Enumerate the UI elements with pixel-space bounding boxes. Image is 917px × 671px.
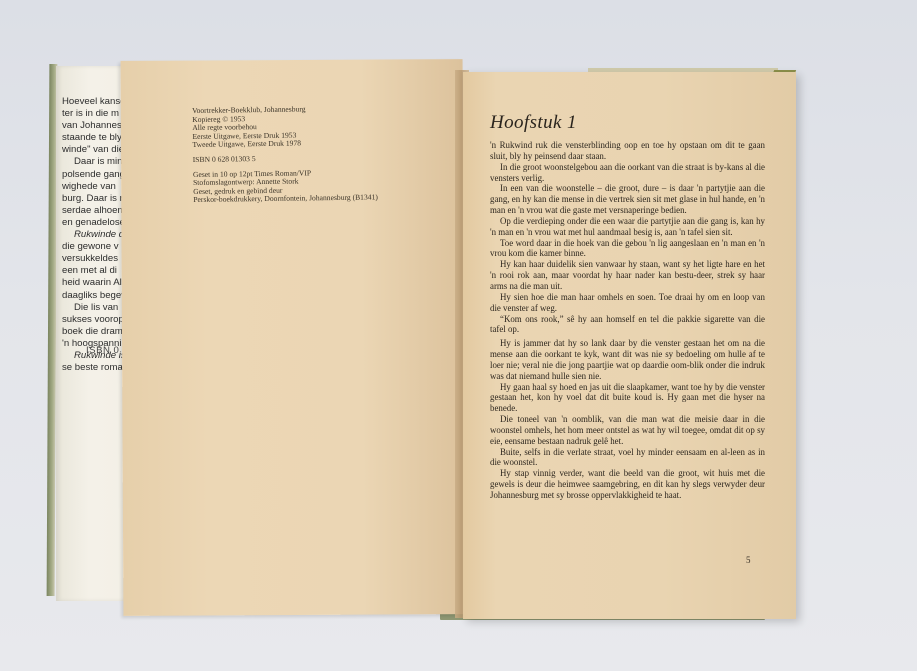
paragraph: Buite, selfs in die verlate straat, voel… xyxy=(490,447,765,469)
paragraph: Die toneel van 'n oomblik, van die man w… xyxy=(490,414,765,447)
page-number: 5 xyxy=(746,555,751,565)
chapter-body: 'n Rukwind ruk die vensterblinding oop e… xyxy=(490,140,765,501)
paragraph: In een van die woonstelle – die groot, d… xyxy=(490,183,765,216)
paragraph: Hy kan haar duidelik sien vanwaar hy sta… xyxy=(490,259,765,292)
paragraph: “Kom ons rook,” sê hy aan homself en tel… xyxy=(490,314,765,336)
paragraph: 'n Rukwind ruk die vensterblinding oop e… xyxy=(490,140,765,162)
chapter-title: Hoofstuk 1 xyxy=(490,112,577,134)
paragraph: Toe word daar in die hoek van die gebou … xyxy=(490,238,765,260)
paragraph: Hy is jammer dat hy so lank daar by die … xyxy=(490,338,765,381)
paragraph: Hy stap vinnig verder, want die beeld va… xyxy=(490,468,765,501)
copyright-block: Voortrekker-Boekklub, Johannesburg Kopie… xyxy=(192,104,443,205)
photo-scene: Hoeveel kanse ter is in die m van Johann… xyxy=(0,0,917,671)
paragraph: Op die verdieping onder die een waar die… xyxy=(490,216,765,238)
flap-line-italic: Rukwinde d xyxy=(74,229,124,240)
paragraph: In die groot woonstelgebou aan die oorka… xyxy=(490,162,765,184)
paragraph: Hy sien hoe die man haar omhels en soen.… xyxy=(490,292,765,314)
paragraph: Hy gaan haal sy hoed en jas uit die slaa… xyxy=(490,382,765,415)
